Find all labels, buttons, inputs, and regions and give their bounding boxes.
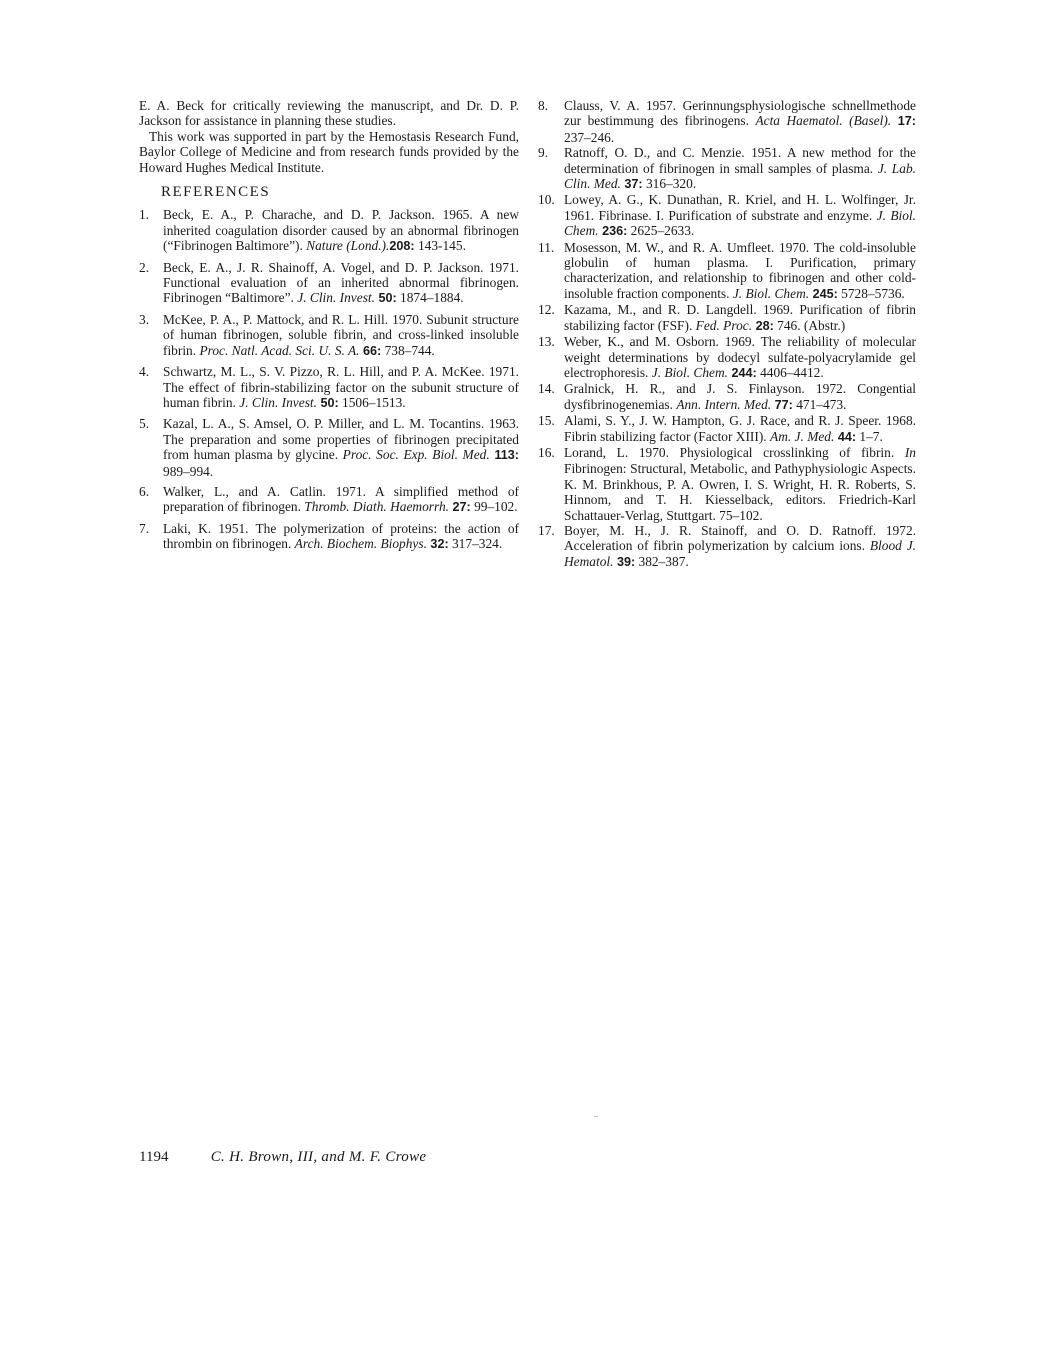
reference-volume: 27:	[449, 500, 471, 514]
reference-item: 16.Lorand, L. 1970. Physiological crossl…	[538, 445, 916, 523]
reference-journal: J. Clin. Invest.	[239, 395, 317, 410]
reference-item: 1.Beck, E. A., P. Charache, and D. P. Ja…	[139, 207, 519, 254]
reference-journal: J. Biol. Chem.	[652, 365, 728, 380]
reference-item: 5.Kazal, L. A., S. Amsel, O. P. Miller, …	[139, 416, 519, 479]
reference-number: 5.	[139, 416, 159, 431]
reference-journal: J. Clin. Invest.	[297, 290, 375, 305]
scan-speck	[594, 1116, 598, 1117]
reference-number: 11.	[538, 240, 560, 255]
reference-volume: 236:	[599, 224, 628, 238]
reference-volume: 17:	[891, 114, 916, 128]
reference-item: 4.Schwartz, M. L., S. V. Pizzo, R. L. Hi…	[139, 364, 519, 411]
reference-volume: 32:	[427, 537, 449, 551]
reference-number: 2.	[139, 260, 159, 275]
reference-number: 13.	[538, 334, 560, 349]
reference-pages: Fibrinogen: Structural, Metabolic, and P…	[564, 461, 916, 522]
reference-journal: Proc. Natl. Acad. Sci. U. S. A.	[199, 343, 359, 358]
reference-number: 8.	[538, 98, 560, 113]
reference-pages: 143-145.	[415, 238, 466, 253]
reference-journal: Proc. Soc. Exp. Biol. Med.	[343, 447, 490, 462]
reference-text: Ratnoff, O. D., and C. Menzie. 1951. A n…	[564, 145, 916, 175]
reference-volume: 37:	[621, 177, 643, 191]
reference-journal: Ann. Intern. Med.	[676, 397, 771, 412]
reference-item: 12.Kazama, M., and R. D. Langdell. 1969.…	[538, 302, 916, 334]
reference-item: 2.Beck, E. A., J. R. Shainoff, A. Vogel,…	[139, 260, 519, 307]
reference-number: 4.	[139, 364, 159, 379]
acknowledgment-paragraph: E. A. Beck for critically reviewing the …	[139, 98, 519, 129]
references-list-left: 1.Beck, E. A., P. Charache, and D. P. Ja…	[139, 207, 519, 552]
reference-journal: J. Biol. Chem.	[733, 286, 809, 301]
references-list-right: 8.Clauss, V. A. 1957. Gerinnungsphysiolo…	[538, 98, 916, 570]
reference-volume: 66:	[360, 344, 382, 358]
reference-pages: 738–744.	[381, 343, 435, 358]
reference-pages: 1506–1513.	[339, 395, 406, 410]
running-authors: C. H. Brown, III, and M. F. Crowe	[211, 1149, 427, 1165]
reference-volume: 28:	[752, 319, 774, 333]
reference-pages: 471–473.	[793, 397, 847, 412]
reference-pages: 99–102.	[471, 499, 518, 514]
reference-pages: 317–324.	[449, 536, 503, 551]
reference-number: 16.	[538, 445, 560, 460]
reference-journal: Nature (Lond.).	[306, 238, 389, 253]
reference-pages: 382–387.	[635, 554, 689, 569]
reference-number: 12.	[538, 302, 560, 317]
reference-item: 17.Boyer, M. H., J. R. Stainoff, and O. …	[538, 523, 916, 570]
reference-pages: 316–320.	[643, 176, 697, 191]
page-number: 1194	[139, 1149, 207, 1166]
reference-number: 1.	[139, 207, 159, 222]
reference-journal: Acta Haematol. (Basel).	[755, 113, 891, 128]
reference-volume: 50:	[375, 291, 397, 305]
reference-item: 7.Laki, K. 1951. The polymerization of p…	[139, 521, 519, 553]
left-column: E. A. Beck for critically reviewing the …	[139, 98, 519, 558]
reference-number: 15.	[538, 413, 560, 428]
reference-pages: 989–994.	[163, 464, 213, 479]
reference-item: 11.Mosesson, M. W., and R. A. Umfleet. 1…	[538, 240, 916, 303]
reference-item: 6.Walker, L., and A. Catlin. 1971. A sim…	[139, 484, 519, 516]
funding-paragraph: This work was supported in part by the H…	[139, 129, 519, 175]
reference-number: 6.	[139, 484, 159, 499]
reference-volume: 44:	[834, 430, 856, 444]
reference-volume: 50:	[317, 396, 339, 410]
reference-pages: 2625–2633.	[627, 223, 694, 238]
reference-volume: 208:	[389, 239, 414, 253]
reference-volume: 39:	[613, 555, 635, 569]
reference-number: 9.	[538, 145, 560, 160]
reference-journal: In	[905, 445, 916, 460]
reference-volume: 77:	[771, 398, 793, 412]
reference-pages: 4406–4412.	[757, 365, 824, 380]
reference-text: Lowey, A. G., K. Dunathan, R. Kriel, and…	[564, 192, 916, 222]
reference-number: 10.	[538, 192, 560, 207]
reference-journal: Am. J. Med.	[770, 429, 834, 444]
reference-pages: 1–7.	[856, 429, 883, 444]
reference-number: 3.	[139, 312, 159, 327]
reference-item: 13.Weber, K., and M. Osborn. 1969. The r…	[538, 334, 916, 381]
reference-journal: Fed. Proc.	[696, 318, 752, 333]
reference-item: 9.Ratnoff, O. D., and C. Menzie. 1951. A…	[538, 145, 916, 192]
reference-pages: 746. (Abstr.)	[774, 318, 845, 333]
reference-number: 14.	[538, 381, 560, 396]
references-heading: REFERENCES	[161, 185, 519, 200]
reference-item: 14.Gralnick, H. R., and J. S. Finlayson.…	[538, 381, 916, 413]
reference-volume: 113:	[490, 448, 519, 462]
reference-item: 3.McKee, P. A., P. Mattock, and R. L. Hi…	[139, 312, 519, 359]
reference-journal: Thromb. Diath. Haemorrh.	[304, 499, 449, 514]
reference-pages: 5728–5736.	[838, 286, 905, 301]
reference-text: Lorand, L. 1970. Physiological crosslink…	[564, 445, 905, 460]
reference-item: 10.Lowey, A. G., K. Dunathan, R. Kriel, …	[538, 192, 916, 239]
right-column: 8.Clauss, V. A. 1957. Gerinnungsphysiolo…	[538, 98, 916, 570]
reference-text: Boyer, M. H., J. R. Stainoff, and O. D. …	[564, 523, 916, 553]
reference-journal: Arch. Biochem. Biophys.	[295, 536, 427, 551]
reference-item: 8.Clauss, V. A. 1957. Gerinnungsphysiolo…	[538, 98, 916, 145]
reference-pages: 237–246.	[564, 130, 614, 145]
reference-volume: 244:	[728, 366, 757, 380]
reference-item: 15.Alami, S. Y., J. W. Hampton, G. J. Ra…	[538, 413, 916, 445]
reference-number: 17.	[538, 523, 560, 538]
page-footer: 1194 C. H. Brown, III, and M. F. Crowe	[139, 1149, 426, 1166]
reference-number: 7.	[139, 521, 159, 536]
reference-volume: 245:	[809, 287, 838, 301]
reference-pages: 1874–1884.	[397, 290, 464, 305]
